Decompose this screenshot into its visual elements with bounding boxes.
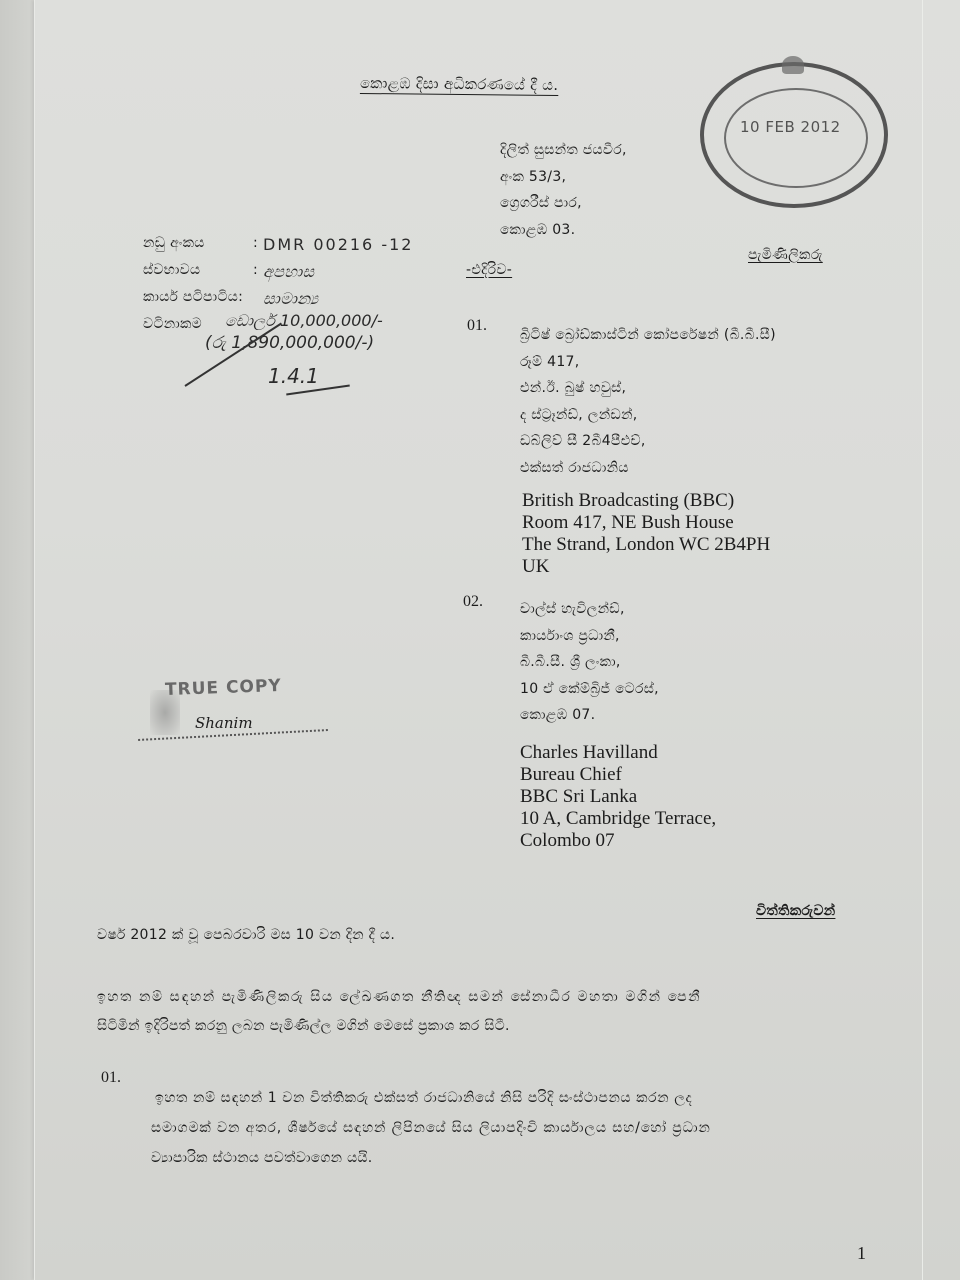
- paragraph-line: ඉහත නම් සඳහන් පැමිණිලිකරු සිය ලේඛණගත නීත…: [97, 983, 701, 1012]
- defendant-2-address-english: Charles Havilland Bureau Chief BBC Sri L…: [520, 742, 716, 852]
- claim-amount-rupees: (රු 1,890,000,000/-): [205, 333, 374, 353]
- filing-date-line: වර්ෂ 2012 ක් වූ පෙබරවාරි මස 10 වන දින දී…: [97, 927, 395, 943]
- address-line: කොළඹ 07.: [520, 702, 659, 729]
- plaintiff-address-line: කොළඹ 03.: [500, 217, 627, 244]
- true-copy-stamp: TRUE COPY: [165, 676, 282, 700]
- paragraph-01: ඉහත නම් සඳහන් 1 වන විත්තිකරු එක්සත් රාජධ…: [97, 1083, 711, 1173]
- address-line: UK: [522, 556, 770, 578]
- plaintiff-role-label: පැමිණිලිකරු: [748, 247, 823, 263]
- defendant-1-address-sinhala: බ්‍රිටිෂ් බ්‍රෝඩ්කාස්ටින් කෝපරේෂන් (බී.බ…: [520, 322, 776, 481]
- address-line: ඩබ්ලිව් සී 2බී4පීඑච්,: [520, 428, 776, 455]
- case-nature-value: අපහාස: [263, 262, 314, 282]
- plaintiff-address-line: ග්‍රෙගරීස් පාර,: [500, 190, 627, 217]
- address-line: Room 417, NE Bush House: [522, 512, 770, 534]
- address-line: Colombo 07: [520, 830, 716, 852]
- plaintiff-address-line: දිලිත් සුසන්ත ජයවීර,: [500, 137, 627, 164]
- court-title: කොළඹ දිසා අධිකරණයේ දී ය.: [360, 74, 559, 94]
- address-line: BBC Sri Lanka: [520, 786, 716, 808]
- defendant-2-address-sinhala: චාල්ස් හැවිලන්ඩ්, කාර්යාංශ ප්‍රධානී, බී.…: [520, 596, 659, 729]
- defendant-1-address-english: British Broadcasting (BBC) Room 417, NE …: [522, 490, 770, 578]
- address-line: The Strand, London WC 2B4PH: [522, 534, 770, 556]
- court-date-stamp: 10 FEB 2012: [700, 62, 888, 208]
- stamp-inner-ring: [724, 88, 868, 188]
- crest-icon: [782, 56, 804, 74]
- handwritten-reference: 1.4.1: [268, 364, 319, 388]
- page-fold-line: [922, 0, 923, 1280]
- address-line: රූම් 417,: [520, 349, 776, 376]
- page-number: 1: [857, 1243, 866, 1264]
- address-line: 10 A, Cambridge Terrace,: [520, 808, 716, 830]
- defendant-number: 02.: [463, 593, 483, 611]
- address-line: බ්‍රිටිෂ් බ්‍රෝඩ්කාස්ටින් කෝපරේෂන් (බී.බ…: [520, 322, 776, 349]
- address-line: Bureau Chief: [520, 764, 716, 786]
- paragraph-line: ඉහත නම් සඳහන් 1 වන විත්තිකරු එක්සත් රාජධ…: [97, 1083, 711, 1113]
- paragraph-line: ව්‍යාපාරික ස්ථානය පවත්වාගෙන යයි.: [97, 1143, 711, 1173]
- address-line: British Broadcasting (BBC): [522, 490, 770, 512]
- address-line: එන්.ඊ. බුෂ් හවුස්,: [520, 375, 776, 402]
- procedure-label: කාර්ය පටිපාටිය:: [143, 289, 263, 305]
- versus-label: -එදිරිව-: [466, 262, 512, 278]
- colon: :: [253, 262, 263, 278]
- plaintiff-address-line: අංක 53/3,: [500, 164, 627, 191]
- case-nature-label: ස්වභාවය: [143, 262, 253, 278]
- defendants-role-label: විත්තිකරුවන්: [756, 903, 835, 919]
- case-number-label: නඩු අංකය: [143, 235, 253, 251]
- intro-paragraph: ඉහත නම් සඳහන් පැමිණිලිකරු සිය ලේඛණගත නීත…: [97, 983, 701, 1041]
- case-number-row: නඩු අංකය : DMR 00216 -12: [143, 235, 413, 262]
- paragraph-line: සමාගමක් වන අතර, ශීර්ෂයේ සඳහන් ලිපිනයේ සි…: [97, 1113, 711, 1143]
- case-number-value: DMR 00216 -12: [263, 235, 413, 254]
- stamp-date: 10 FEB 2012: [740, 118, 841, 136]
- address-line: Charles Havilland: [520, 742, 716, 764]
- address-line: ද ස්ට්‍රෑන්ඩ්, ලන්ඩන්,: [520, 402, 776, 429]
- paragraph-line: සිටිමින් ඉදිරිපත් කරනු ලබන පැමිණිල්ල මගි…: [97, 1012, 701, 1041]
- defendant-number: 01.: [467, 317, 487, 335]
- claim-amount-dollars: ඩොලර් 10,000,000/-: [225, 311, 383, 331]
- address-line: චාල්ස් හැවිලන්ඩ්,: [520, 596, 659, 623]
- address-line: බී.බී.සී. ශ්‍රී ලංකා,: [520, 649, 659, 676]
- address-line: කාර්යාංශ ප්‍රධානී,: [520, 623, 659, 650]
- address-line: 10 ඒ කේම්බ්‍රිජ් ටෙරස්,: [520, 676, 659, 703]
- address-line: එක්සත් රාජධානිය: [520, 455, 776, 482]
- plaintiff-address: දිලිත් සුසන්ත ජයවීර, අංක 53/3, ග්‍රෙගරීස…: [500, 137, 627, 243]
- signature: Shanim: [195, 714, 253, 732]
- case-nature-row: ස්වභාවය : අපහාස: [143, 262, 413, 289]
- colon: :: [253, 235, 263, 251]
- procedure-value: සාමාන්‍ය: [263, 289, 318, 309]
